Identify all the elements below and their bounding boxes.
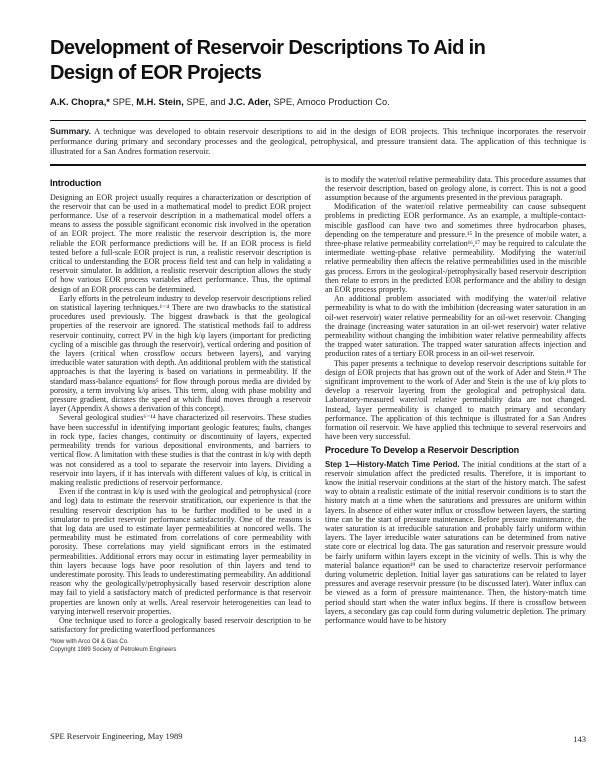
page-footer: SPE Reservoir Engineering, May 1989 143 (50, 731, 586, 744)
summary-section: Summary. A technique was developed to ob… (50, 120, 586, 166)
introduction-paragraph: Early efforts in the petroleum industry … (50, 294, 311, 414)
author-2: M.H. Stein, (136, 97, 184, 107)
body-paragraph: is to modify the water/oil relative perm… (325, 175, 586, 203)
byline: A.K. Chopra,* SPE, M.H. Stein, SPE, and … (50, 97, 586, 107)
author-1: A.K. Chopra,* (50, 97, 110, 107)
step1-text: The initial conditions at the start of a… (325, 460, 586, 625)
introduction-paragraph: Even if the contrast in k/φ is used with… (50, 487, 311, 616)
paper-page: Development of Reservoir Descriptions To… (0, 0, 600, 774)
column-left: Introduction Designing an EOR project us… (50, 175, 311, 655)
procedure-heading: Procedure To Develop a Reservoir Descrip… (325, 445, 586, 455)
paper-title: Development of Reservoir Descriptions To… (50, 36, 520, 86)
footnote-author-affiliation: *Now with Arco Oil & Gas Co. (50, 639, 311, 647)
step1-label: Step 1—History-Match Time Period. (325, 460, 460, 469)
footer-page-number: 143 (573, 734, 586, 744)
body-paragraph: Modification of the water/oil relative p… (325, 202, 586, 294)
introduction-paragraph: Designing an EOR project usually require… (50, 193, 311, 294)
footnotes: *Now with Arco Oil & Gas Co. Copyright 1… (50, 639, 311, 654)
summary-label: Summary. (50, 126, 91, 136)
footnote-copyright: Copyright 1989 Society of Petroleum Engi… (50, 647, 311, 655)
two-column-body: Introduction Designing an EOR project us… (50, 175, 586, 655)
page-content: Development of Reservoir Descriptions To… (0, 0, 600, 655)
step1-paragraph: Step 1—History-Match Time Period. The in… (325, 460, 586, 626)
author-3-affiliation: SPE, Amoco Production Co. (273, 97, 389, 107)
author-1-affiliation: SPE, (113, 97, 134, 107)
introduction-paragraph: Several geological studies⁶⁻¹⁴ have char… (50, 413, 311, 487)
summary-text: A technique was developed to obtain rese… (50, 127, 586, 156)
column-right: is to modify the water/oil relative perm… (325, 175, 586, 655)
author-3: J.C. Ader, (228, 97, 271, 107)
introduction-paragraph: One technique used to force a geological… (50, 616, 311, 634)
footer-journal: SPE Reservoir Engineering, May 1989 (50, 731, 182, 741)
body-paragraph: An additional problem associated with mo… (325, 294, 586, 358)
introduction-heading: Introduction (50, 178, 311, 188)
body-paragraph: This paper presents a technique to devel… (325, 359, 586, 442)
author-2-affiliation: SPE, and (186, 97, 225, 107)
